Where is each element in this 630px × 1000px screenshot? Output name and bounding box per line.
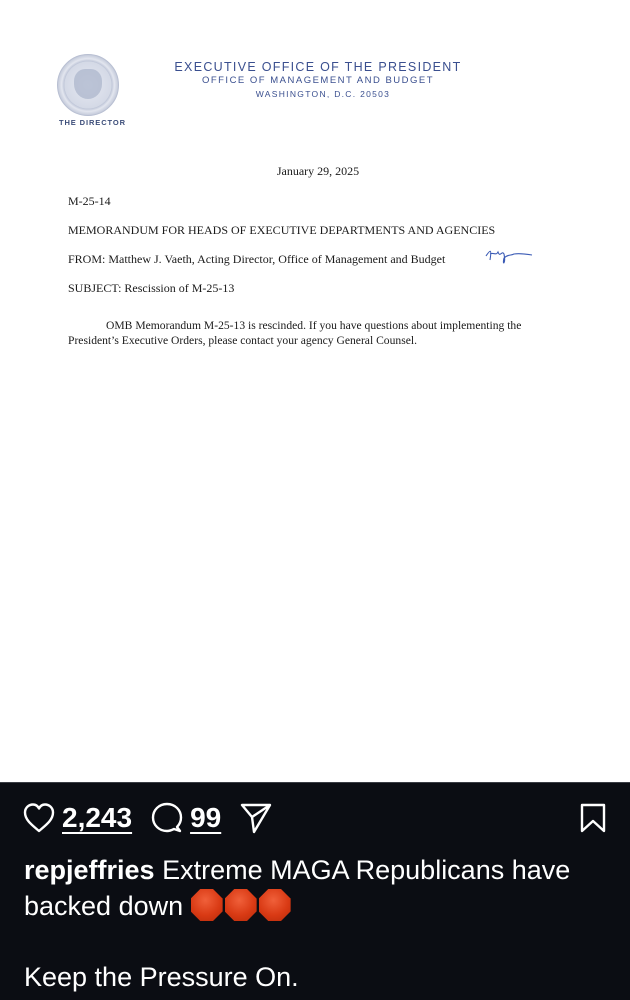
caption-line2: Keep the Pressure On.	[24, 962, 299, 993]
memo-document: THE DIRECTOR EXECUTIVE OFFICE OF THE PRE…	[0, 0, 630, 782]
memo-addressee: MEMORANDUM FOR HEADS OF EXECUTIVE DEPART…	[68, 223, 495, 238]
memo-subject: SUBJECT: Rescission of M-25-13	[68, 281, 234, 296]
share-icon[interactable]	[239, 802, 273, 834]
memo-date: January 29, 2025	[0, 164, 630, 179]
memo-number: M-25-14	[68, 194, 111, 209]
stop-sign-icon	[259, 889, 291, 921]
memo-from: FROM: Matthew J. Vaeth, Acting Director,…	[68, 252, 445, 267]
like-count[interactable]: 2,243	[62, 802, 132, 834]
memo-body: OMB Memorandum M-25-13 is rescinded. If …	[68, 318, 578, 348]
post-username[interactable]: repjeffries	[24, 855, 155, 885]
post-caption: repjeffries Extreme MAGA Republicans hav…	[24, 852, 614, 924]
director-label: THE DIRECTOR	[59, 118, 126, 127]
stop-sign-icon	[225, 889, 257, 921]
stop-sign-icon	[191, 889, 223, 921]
memo-body-line1: OMB Memorandum M-25-13 is rescinded. If …	[68, 318, 578, 333]
post-actions: 2,243 99	[22, 800, 273, 836]
letterhead-line3: WASHINGTON, D.C. 20503	[0, 89, 630, 99]
signature-icon	[484, 246, 534, 266]
comment-count[interactable]: 99	[190, 802, 221, 834]
letterhead-line2: OFFICE OF MANAGEMENT AND BUDGET	[0, 75, 630, 86]
memo-body-line2: President’s Executive Orders, please con…	[68, 333, 578, 348]
comment-icon[interactable]	[150, 801, 184, 835]
letterhead-line1: EXECUTIVE OFFICE OF THE PRESIDENT	[0, 60, 630, 74]
heart-icon[interactable]	[22, 802, 56, 834]
bookmark-icon[interactable]	[578, 802, 608, 834]
